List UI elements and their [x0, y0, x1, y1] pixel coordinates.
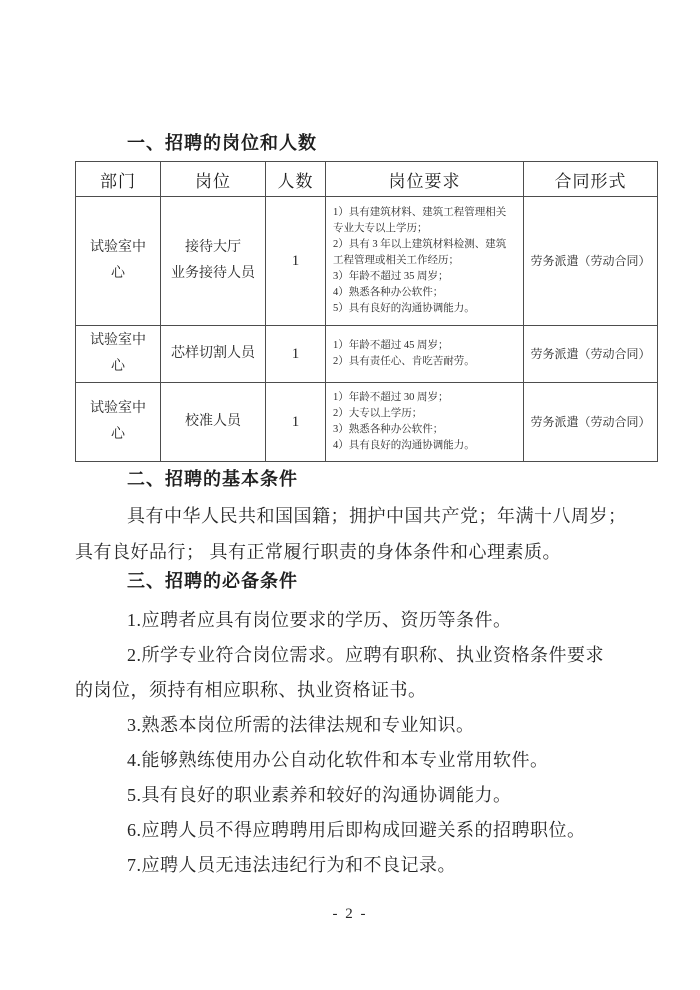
- positions-table: 部门 岗位 人数 岗位要求 合同形式 试验室中心 接待大厅 业务接待人员 1 1…: [75, 161, 658, 462]
- table-header-row: 部门 岗位 人数 岗位要求 合同形式: [76, 162, 658, 197]
- contract-cell: 劳务派遣（劳动合同）: [524, 383, 658, 462]
- table-row: 试验室中心 校准人员 1 1）年龄不超过 30 周岁； 2）大专以上学历； 3）…: [76, 383, 658, 462]
- requirements-cell: 1）年龄不超过 45 周岁； 2）具有责任心、肯吃苦耐劳。: [326, 326, 524, 383]
- section2-heading: 二、招聘的基本条件: [75, 468, 638, 490]
- section1-heading: 一、招聘的岗位和人数: [75, 132, 638, 154]
- list-item-5: 5.具有良好的职业素养和较好的沟通协调能力。: [75, 778, 635, 813]
- contract-cell: 劳务派遣（劳动合同）: [524, 326, 658, 383]
- col-header-headcount: 人数: [266, 162, 326, 197]
- headcount-cell: 1: [266, 197, 326, 326]
- list-item-6: 6.应聘人员不得应聘聘用后即构成回避关系的招聘职位。: [75, 813, 635, 848]
- headcount-cell: 1: [266, 383, 326, 462]
- position-cell: 校准人员: [161, 383, 266, 462]
- list-item-2: 2.所学专业符合岗位需求。应聘有职称、执业资格条件要求 的岗位，须持有相应职称、…: [75, 638, 635, 708]
- requirement-line: 3）年龄不超过 35 周岁；: [333, 269, 516, 285]
- requirement-line: 1）年龄不超过 45 周岁；: [333, 338, 516, 354]
- headcount-cell: 1: [266, 326, 326, 383]
- requirement-line: 4）具有良好的沟通协调能力。: [333, 438, 516, 454]
- table-row: 试验室中心 芯样切割人员 1 1）年龄不超过 45 周岁； 2）具有责任心、肯吃…: [76, 326, 658, 383]
- requirement-line: 2）大专以上学历；: [333, 406, 516, 422]
- list-item-1: 1.应聘者应具有岗位要求的学历、资历等条件。: [75, 603, 635, 638]
- requirement-line: 4）熟悉各种办公软件；: [333, 285, 516, 301]
- col-header-requirements: 岗位要求: [326, 162, 524, 197]
- requirement-line: 2）具有责任心、肯吃苦耐劳。: [333, 354, 516, 370]
- position-cell: 芯样切割人员: [161, 326, 266, 383]
- list-item-4: 4.能够熟练使用办公自动化软件和本专业常用软件。: [75, 743, 635, 778]
- requirement-line: 1）具有建筑材料、建筑工程管理相关专业大专以上学历；: [333, 205, 516, 237]
- contract-cell: 劳务派遣（劳动合同）: [524, 197, 658, 326]
- section3-heading: 三、招聘的必备条件: [75, 570, 638, 592]
- col-header-position: 岗位: [161, 162, 266, 197]
- page-number: - 2 -: [0, 906, 700, 923]
- list-item-3: 3.熟悉本岗位所需的法律法规和专业知识。: [75, 708, 635, 743]
- requirements-cell: 1）年龄不超过 30 周岁； 2）大专以上学历； 3）熟悉各种办公软件； 4）具…: [326, 383, 524, 462]
- department-cell: 试验室中心: [76, 383, 161, 462]
- list-item-7: 7.应聘人员无违法违纪行为和不良记录。: [75, 848, 635, 883]
- requirement-line: 1）年龄不超过 30 周岁；: [333, 390, 516, 406]
- table-row: 试验室中心 接待大厅 业务接待人员 1 1）具有建筑材料、建筑工程管理相关专业大…: [76, 197, 658, 326]
- section2-paragraph: 具有中华人民共和国国籍；拥护中国共产党；年满十八周岁； 具有良好品行； 具有正常…: [75, 498, 635, 570]
- requirement-line: 3）熟悉各种办公软件；: [333, 422, 516, 438]
- department-cell: 试验室中心: [76, 197, 161, 326]
- requirement-line: 2）具有 3 年以上建筑材料检测、建筑工程管理或相关工作经历；: [333, 237, 516, 269]
- col-header-contract: 合同形式: [524, 162, 658, 197]
- document-page: 一、招聘的岗位和人数 部门 岗位 人数 岗位要求 合同形式 试验室中心 接待大厅…: [0, 0, 700, 990]
- department-cell: 试验室中心: [76, 326, 161, 383]
- col-header-department: 部门: [76, 162, 161, 197]
- position-cell: 接待大厅 业务接待人员: [161, 197, 266, 326]
- requirement-line: 5）具有良好的沟通协调能力。: [333, 301, 516, 317]
- requirements-cell: 1）具有建筑材料、建筑工程管理相关专业大专以上学历； 2）具有 3 年以上建筑材…: [326, 197, 524, 326]
- section3-list: 1.应聘者应具有岗位要求的学历、资历等条件。 2.所学专业符合岗位需求。应聘有职…: [75, 603, 635, 883]
